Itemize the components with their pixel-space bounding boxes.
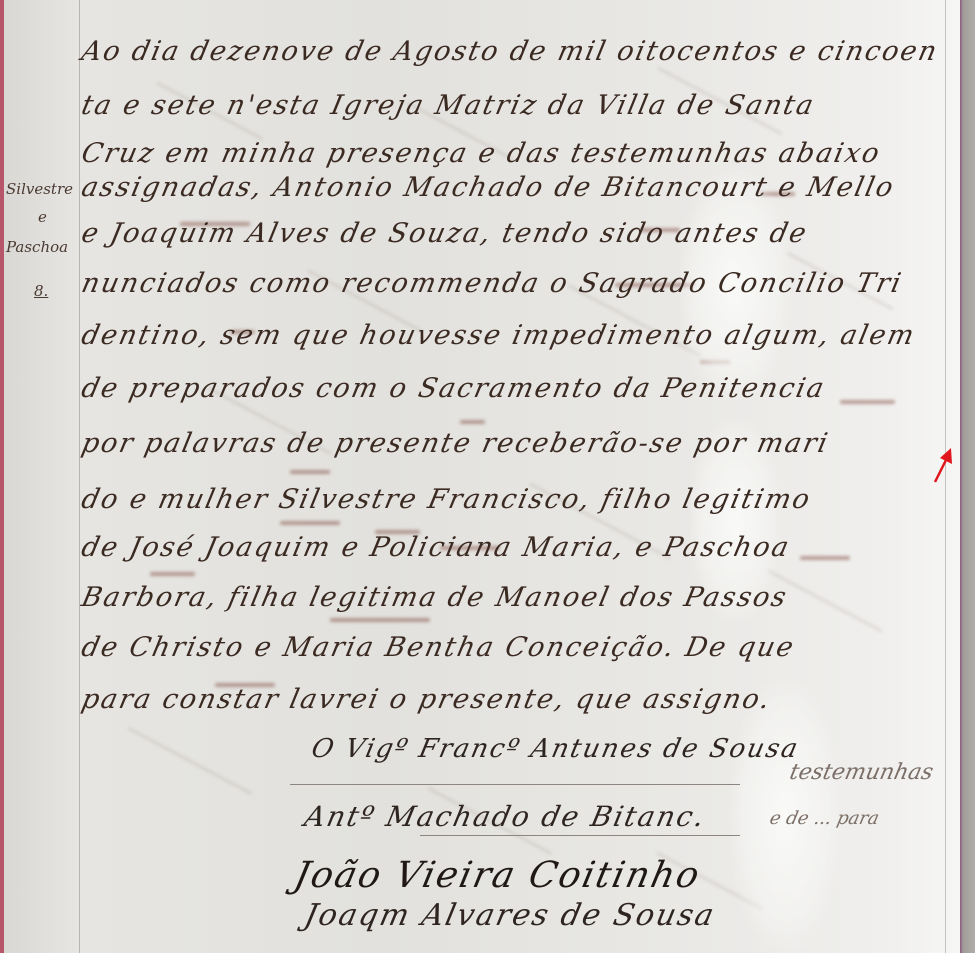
margin-note-line: 8.	[34, 282, 48, 300]
record-line: dentino, sem que houvesse impedimento al…	[79, 320, 919, 351]
page-edge-binding	[0, 0, 4, 953]
margin-rule-line	[79, 0, 80, 953]
margin-note-line: Silvestre	[6, 180, 73, 198]
witness-signature: Antº Machado de Bitanc.	[301, 800, 709, 833]
red-arrow-annotation-icon	[932, 446, 954, 486]
witnesses-label: testemunhas	[787, 760, 935, 785]
adjacent-page-edge	[960, 0, 975, 953]
record-line: Barbora, filha legitima de Manoel dos Pa…	[79, 582, 791, 613]
record-line: por palavras de presente receberão-se po…	[79, 428, 832, 459]
record-line: para constar lavrei o presente, que assi…	[79, 684, 775, 715]
witness-signature-suffix: e de ... para	[768, 808, 881, 829]
record-line: Cruz em minha presença e das testemunhas…	[79, 138, 884, 169]
record-line: ta e sete n'esta Igreja Matriz da Villa …	[79, 90, 818, 121]
witness-signature: João Vieira Coitinho	[291, 855, 705, 896]
record-line: e Joaquim Alves de Souza, tendo sido ant…	[79, 218, 811, 249]
record-line: de José Joaquim e Policiana Maria, e Pas…	[79, 532, 794, 563]
signature-rule	[420, 835, 740, 836]
record-line: do e mulher Silvestre Francisco, filho l…	[79, 484, 815, 515]
record-line: assignadas, Antonio Machado de Bitancour…	[79, 172, 898, 203]
record-line: nunciados como recommenda o Sagrado Conc…	[79, 268, 906, 299]
manuscript-page: Silvestre e Paschoa 8. Ao dia dezenove d…	[0, 0, 960, 953]
record-line: de preparados com o Sacramento da Penite…	[79, 373, 829, 404]
record-line: Ao dia dezenove de Agosto de mil oitocen…	[79, 36, 942, 67]
signature-rule	[290, 784, 740, 785]
margin-note-line: e	[38, 208, 47, 226]
margin-note-line: Paschoa	[6, 238, 68, 256]
priest-signature: O Vigº Francº Antunes de Sousa	[309, 734, 802, 764]
record-line: de Christo e Maria Bentha Conceição. De …	[79, 632, 798, 663]
witness-signature: Joaqm Alvares de Sousa	[301, 898, 718, 933]
